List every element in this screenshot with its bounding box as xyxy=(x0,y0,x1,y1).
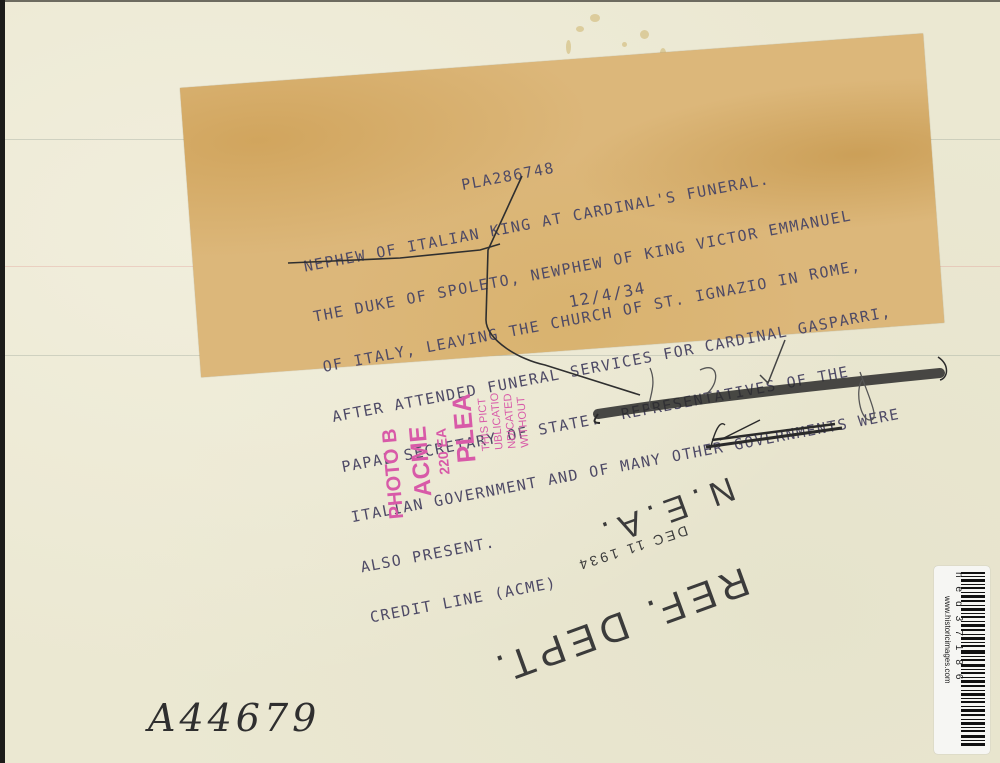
handwritten-catalog-number: A44679 xyxy=(148,696,320,740)
barcode-icon xyxy=(961,572,985,748)
crossing-line-icon xyxy=(288,176,640,395)
barcode-label: www.historicimages.com ned37186 xyxy=(934,566,990,754)
scribble-strikeout-icon xyxy=(595,340,947,423)
crossed-note-icon xyxy=(706,420,842,450)
pencil-marks xyxy=(0,0,1000,763)
barcode-url: www.historicimages.com xyxy=(943,596,952,684)
